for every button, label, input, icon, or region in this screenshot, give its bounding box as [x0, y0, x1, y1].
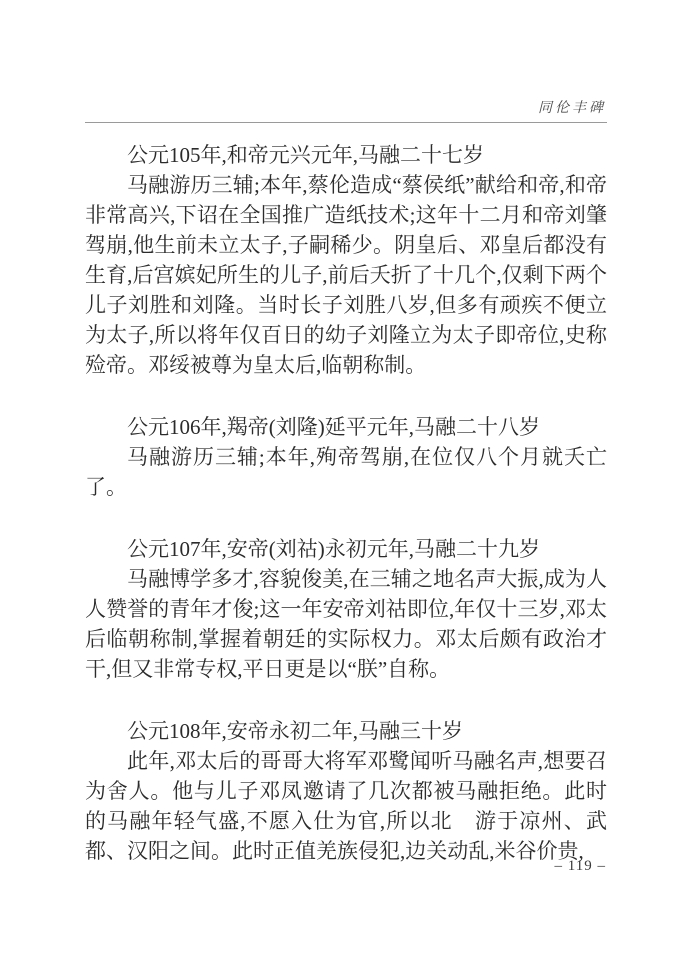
section-heading: 公元107年,安帝(刘祜)永初元年,马融二十九岁: [85, 534, 607, 564]
page-content: 公元105年,和帝元兴元年,马融二十七岁 马融游历三辅;本年,蔡伦造成“蔡侯纸”…: [85, 140, 607, 866]
section-year-106: 公元106年,羯帝(刘隆)延平元年,马融二十八岁 马融游历三辅;本年,殉帝驾崩,…: [85, 412, 607, 502]
section-year-108: 公元108年,安帝永初二年,马融三十岁 此年,邓太后的哥哥大将军邓鹭闻听马融名声…: [85, 716, 607, 866]
section-paragraph: 马融游历三辅;本年,蔡伦造成“蔡侯纸”献给和帝,和帝非常高兴,下诏在全国推广造纸…: [85, 170, 607, 380]
section-heading: 公元106年,羯帝(刘隆)延平元年,马融二十八岁: [85, 412, 607, 442]
section-paragraph: 马融博学多才,容貌俊美,在三辅之地名声大振,成为人人赞誉的青年才俊;这一年安帝刘…: [85, 564, 607, 684]
running-head: 同伦丰碑: [538, 97, 606, 117]
section-year-105: 公元105年,和帝元兴元年,马融二十七岁 马融游历三辅;本年,蔡伦造成“蔡侯纸”…: [85, 140, 607, 380]
book-page: 同伦丰碑 公元105年,和帝元兴元年,马融二十七岁 马融游历三辅;本年,蔡伦造成…: [0, 0, 692, 968]
page-number: – 119 –: [555, 858, 606, 875]
section-year-107: 公元107年,安帝(刘祜)永初元年,马融二十九岁 马融博学多才,容貌俊美,在三辅…: [85, 534, 607, 684]
section-paragraph: 马融游历三辅;本年,殉帝驾崩,在位仅八个月就夭亡了。: [85, 442, 607, 502]
header-rule: [85, 122, 607, 123]
section-heading: 公元105年,和帝元兴元年,马融二十七岁: [85, 140, 607, 170]
section-heading: 公元108年,安帝永初二年,马融三十岁: [85, 716, 607, 746]
section-paragraph: 此年,邓太后的哥哥大将军邓鹭闻听马融名声,想要召为舍人。他与儿子邓凤邀请了几次都…: [85, 746, 607, 866]
